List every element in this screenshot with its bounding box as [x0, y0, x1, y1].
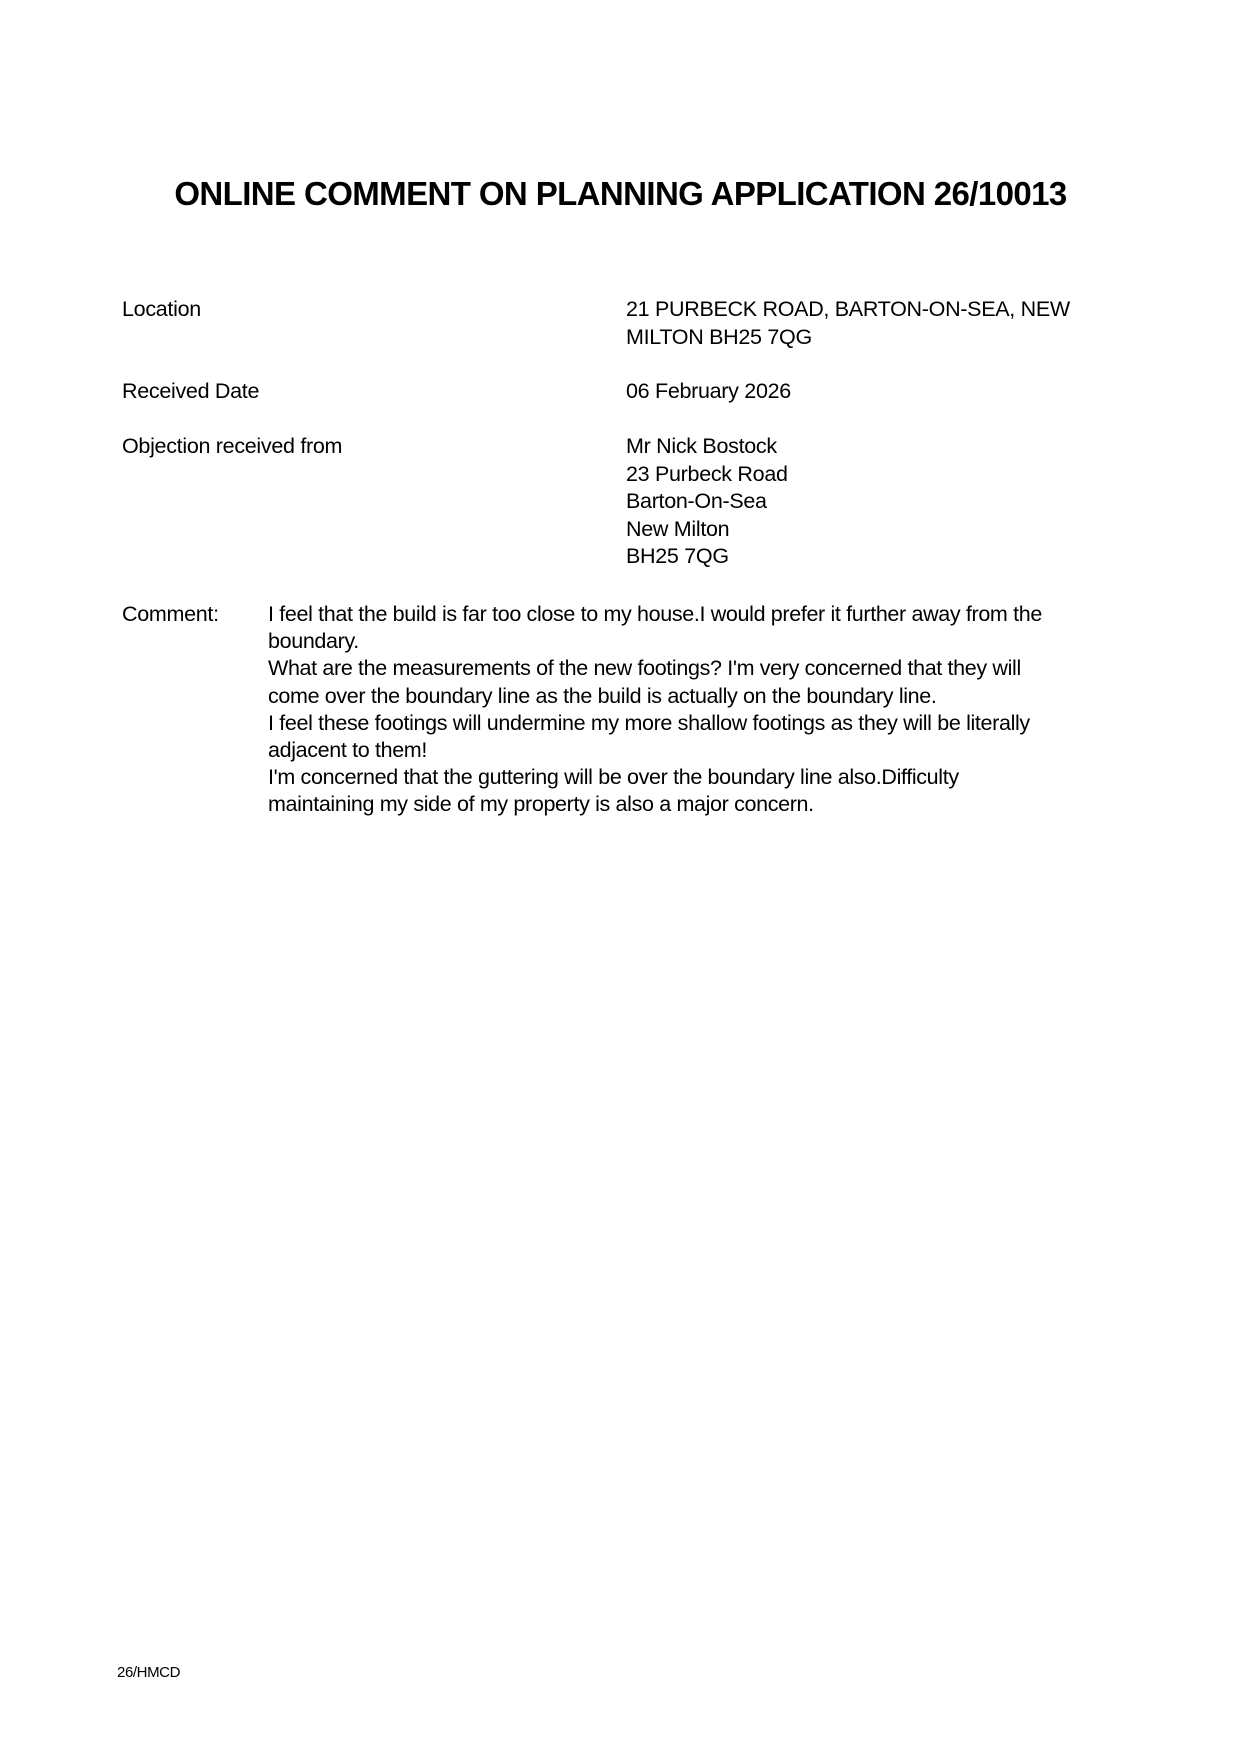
received-date-label: Received Date: [122, 378, 259, 406]
comment-line: I'm concerned that the guttering will be…: [268, 764, 1133, 791]
comment-line: What are the measurements of the new foo…: [268, 655, 1133, 682]
page-title: ONLINE COMMENT ON PLANNING APPLICATION 2…: [0, 174, 1241, 214]
objector-address: Mr Nick Bostock 23 Purbeck Road Barton-O…: [626, 433, 1146, 571]
objector-address-line: New Milton: [626, 516, 1146, 544]
comment-line: boundary.: [268, 628, 1133, 655]
comment-line: come over the boundary line as the build…: [268, 683, 1133, 710]
comment-line: I feel that the build is far too close t…: [268, 601, 1133, 628]
objector-address-line: Barton-On-Sea: [626, 488, 1146, 516]
comment-line: maintaining my side of my property is al…: [268, 791, 1133, 818]
comment-label: Comment:: [122, 601, 219, 629]
objector-name: Mr Nick Bostock: [626, 433, 1146, 461]
objector-address-line: 23 Purbeck Road: [626, 461, 1146, 489]
location-line: MILTON BH25 7QG: [626, 324, 1146, 352]
location-value: 21 PURBECK ROAD, BARTON-ON-SEA, NEW MILT…: [626, 296, 1146, 351]
objection-from-label: Objection received from: [122, 433, 342, 461]
location-line: 21 PURBECK ROAD, BARTON-ON-SEA, NEW: [626, 296, 1146, 324]
objector-postcode: BH25 7QG: [626, 543, 1146, 571]
comment-text: I feel that the build is far too close t…: [268, 601, 1133, 819]
received-date-value: 06 February 2026: [626, 378, 1146, 406]
comment-line: adjacent to them!: [268, 737, 1133, 764]
comment-line: I feel these footings will undermine my …: [268, 710, 1133, 737]
footer-reference: 26/HMCD: [117, 1664, 180, 1681]
location-label: Location: [122, 296, 201, 324]
